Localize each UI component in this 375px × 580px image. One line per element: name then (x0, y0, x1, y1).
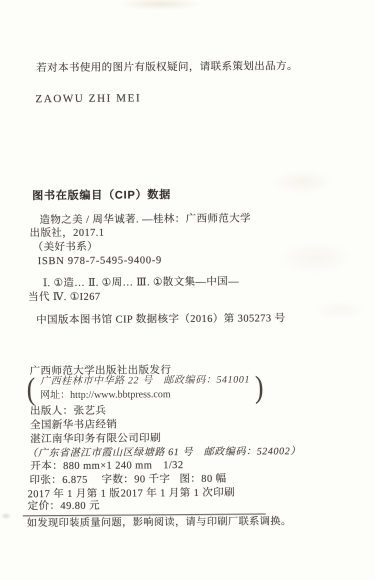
printing-line: 2017 年 1 月第 1 次印刷 (121, 488, 236, 501)
cip-heading: 图书在版编目（CIP）数据 (32, 189, 171, 202)
edition-row: 2017 年 1 月第 1 版 2017 年 1 月第 1 次印刷 (28, 487, 288, 501)
sheets-value: 印张：6.875 (29, 475, 87, 487)
format-line: 开本：880 mm×1 240 mm 1/32 (30, 460, 183, 473)
figure-count: 图：80 幅 (179, 474, 226, 486)
scanned-copyright-page: 若对本书使用的图片有版权疑问，请联系策划出品方。 ZAOWU ZHI MEI 图… (0, 0, 375, 580)
cip-title-line2: 出版社，2017.1 (30, 228, 105, 241)
pinyin-title: ZAOWU ZHI MEI (35, 92, 141, 105)
distribution-line: 全国新华书店经销 (30, 420, 117, 433)
edition-line: 2017 年 1 月第 1 版 (28, 489, 121, 502)
quality-note: 如发现印装质量问题，影响阅读，请与印刷厂联系调换。 (27, 516, 292, 530)
word-count: 字数：90 千字 (101, 474, 170, 487)
publisher-address: 广西桂林市中华路 22 号 邮政编码：541001 (40, 374, 250, 390)
publisher-person: 出版人：张艺兵 (30, 406, 106, 419)
cip-record-number: 中国版本图书馆 CIP 数据核字（2016）第 305273 号 (36, 313, 285, 327)
image-copyright-notice: 若对本书使用的图片有版权疑问，请联系策划出品方。 (36, 61, 298, 75)
printer-line: 湛江南华印务有限公司印刷 (30, 433, 161, 446)
cip-series: （美好书系） (33, 242, 98, 255)
price-line: 定价：49.80 元 (28, 501, 100, 514)
open-paren: ( (27, 374, 36, 405)
sheets-row: 印张：6.875 字数：90 千字 图：80 幅 (29, 473, 289, 487)
cip-classification-line1: Ⅰ. ①造… Ⅱ. ①周… Ⅲ. ①散文集—中国— (43, 277, 239, 291)
cip-isbn: ISBN 978-7-5495-9400-9 (38, 255, 162, 268)
close-paren: ) (255, 372, 264, 403)
publisher-address-group: ( 广西桂林市中华路 22 号 邮政编码：541001 网址：http://ww… (27, 373, 264, 403)
cip-title-line1: 造物之美 / 周华诚著. —桂林：广西师范大学 (39, 213, 251, 227)
page-content: 若对本书使用的图片有版权疑问，请联系策划出品方。 ZAOWU ZHI MEI 图… (0, 0, 375, 580)
publisher-address-lines: 广西桂林市中华路 22 号 邮政编码：541001 网址：http://www.… (40, 374, 250, 404)
cip-classification-line2: 当代 Ⅳ. ①I267 (28, 292, 101, 305)
printer-address: （广东省湛江市霞山区绿塘路 61 号 邮政编码：524002） (27, 446, 301, 460)
publisher-website: 网址：http://www.bbtpress.com (40, 388, 250, 404)
